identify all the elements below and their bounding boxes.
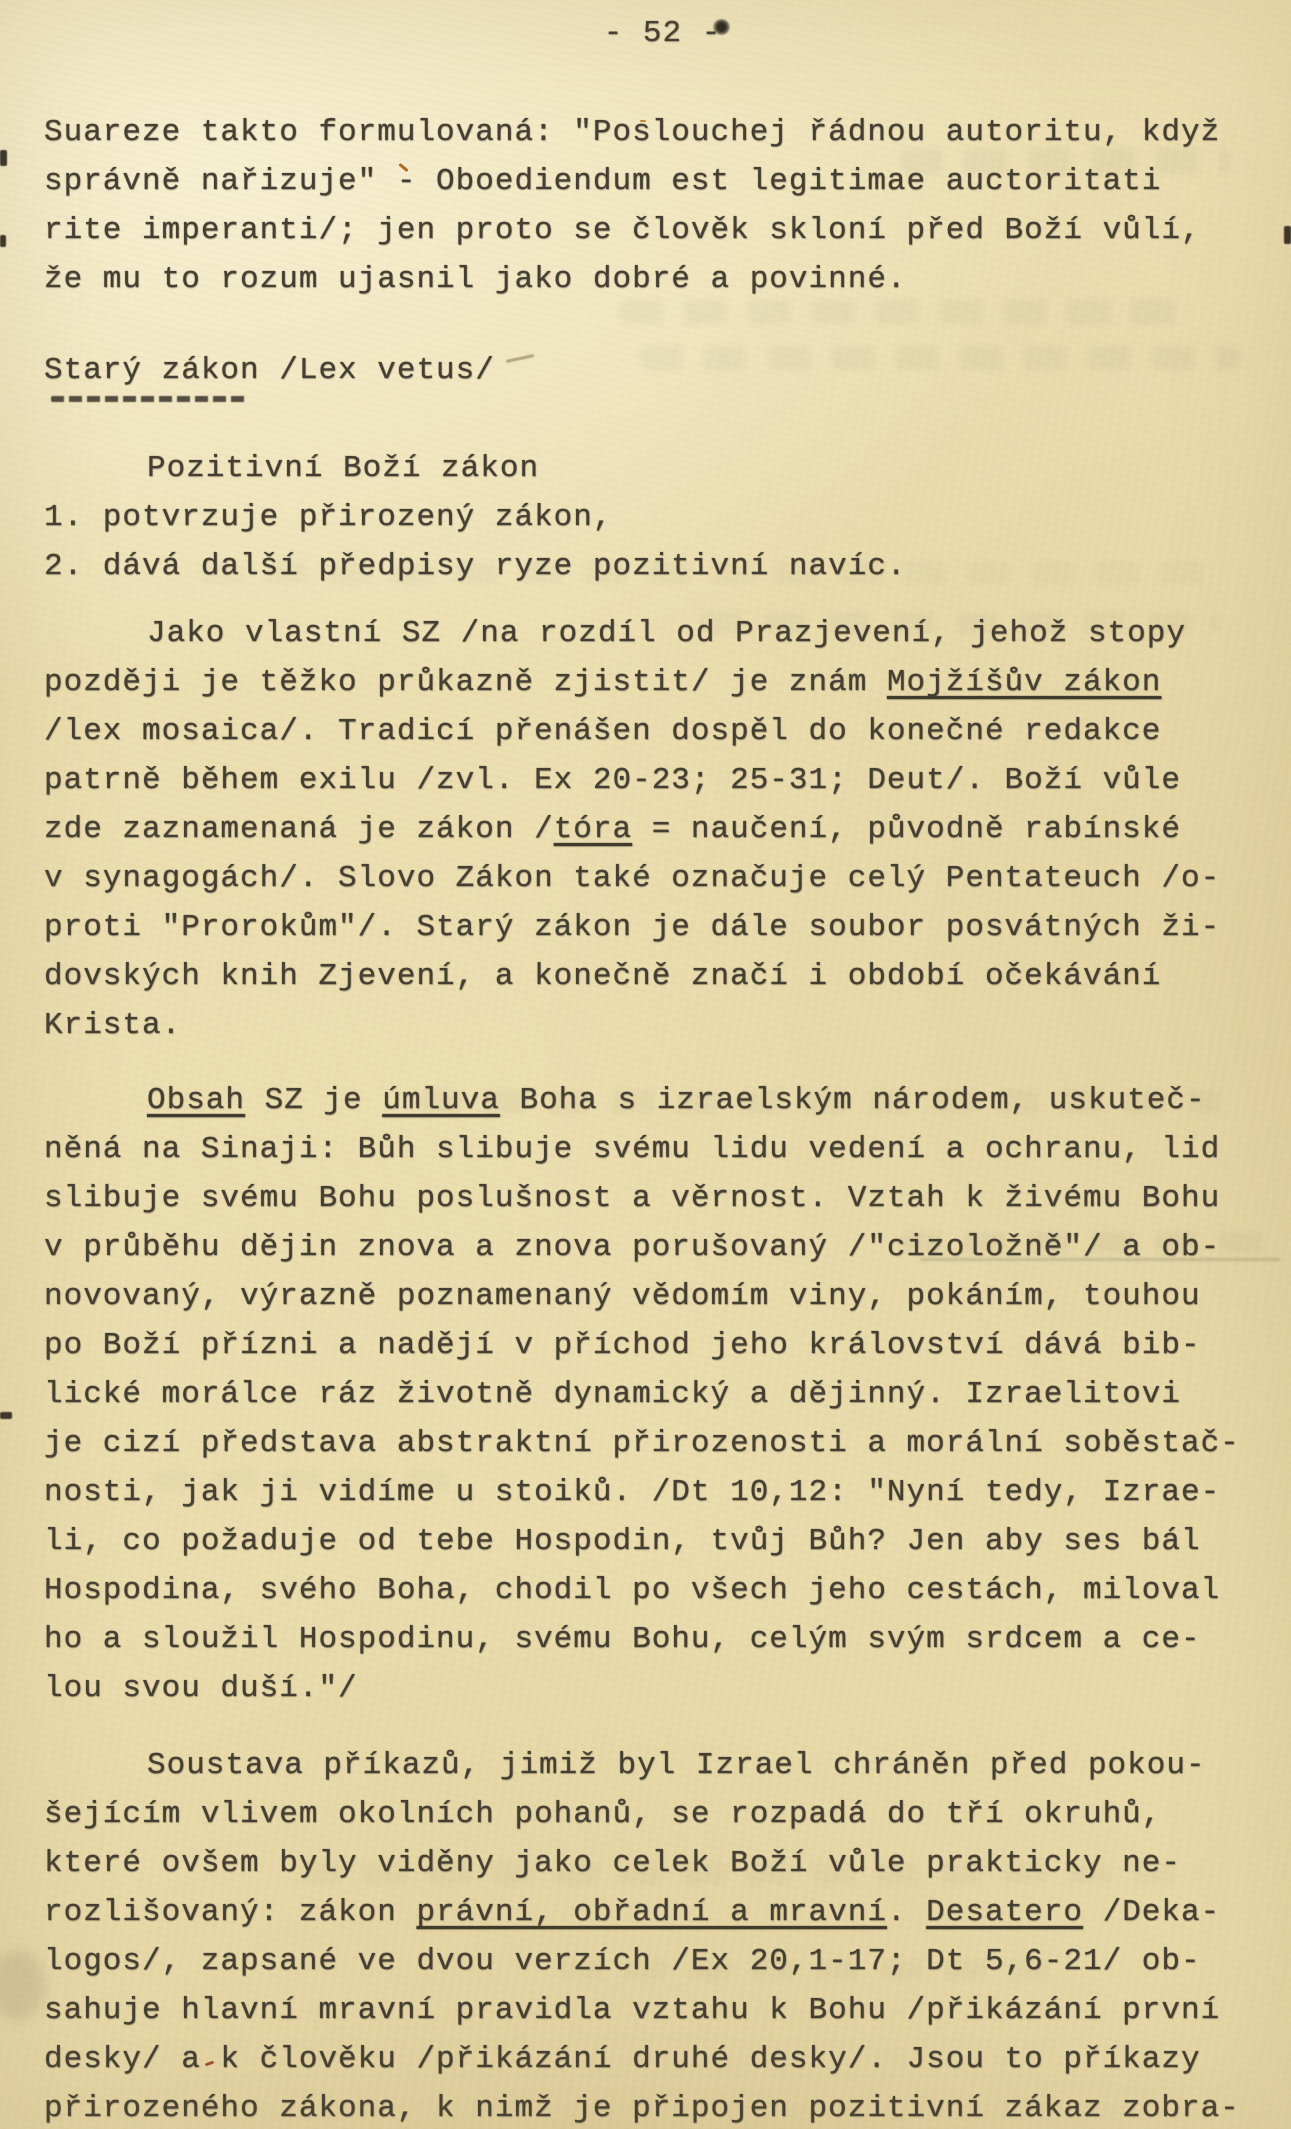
underlined-text: Desatero	[926, 1895, 1083, 1930]
typed-text: SZ je	[245, 1083, 382, 1118]
covenant-paragraph: Obsah SZ je úmluva Boha s izraelským nár…	[44, 1076, 1251, 1713]
typed-text: Suareze takto formulovaná: "Poslouchej ř…	[44, 115, 1220, 150]
typed-text: novovaný, výrazně poznamenaný vědomím vi…	[44, 1279, 1201, 1314]
text-line: v průběhu dějin znova a znova porušovaný…	[44, 1223, 1251, 1272]
text-line: rozlišovaný: zákon právní, obřadní a mra…	[44, 1888, 1251, 1937]
typed-text: 1. potvrzuje přirozený zákon,	[44, 500, 613, 535]
typed-text: v synagogách/. Slovo Zákon také označuje…	[44, 861, 1220, 896]
typed-text: logos/, zapsané ve dvou verzích /Ex 20,1…	[44, 1944, 1201, 1979]
typed-text: Krista.	[44, 1008, 181, 1043]
page-number: - 52 -	[604, 14, 722, 54]
text-line: je cizí představa abstraktní přirozenost…	[44, 1419, 1251, 1468]
typed-text: desky/ a k člověku /přikázání druhé desk…	[44, 2042, 1201, 2077]
heading-underline-dashes	[51, 396, 249, 402]
intro-paragraph: Suareze takto formulovaná: "Poslouchej ř…	[44, 108, 1251, 304]
text-line: desky/ a k člověku /přikázání druhé desk…	[44, 2035, 1251, 2084]
decalogue-paragraph: Soustava příkazů, jimiž byl Izrael chrán…	[44, 1741, 1251, 2129]
typed-text: zde zaznamenaná je zákon /	[44, 812, 554, 847]
text-line: Soustava příkazů, jimiž byl Izrael chrán…	[44, 1741, 1251, 1790]
typed-text: /lex mosaica/. Tradicí přenášen dospěl d…	[44, 714, 1161, 749]
typed-text: něná na Sinaji: Bůh slibuje svému lidu v…	[44, 1132, 1220, 1167]
section-heading-block: Starý zákon /Lex vetus/	[44, 350, 1251, 402]
typed-text: patrně během exilu /zvl. Ex 20-23; 25-31…	[44, 763, 1181, 798]
typed-text: Soustava příkazů, jimiž byl Izrael chrán…	[147, 1748, 1206, 1783]
text-line: správně nařizuje" - Oboediendum est legi…	[44, 157, 1251, 206]
text-line: slibuje svému Bohu poslušnost a věrnost.…	[44, 1174, 1251, 1223]
underlined-text: Mojžíšův zákon	[887, 665, 1161, 700]
typed-text: Pozitivní Boží zákon	[147, 451, 539, 486]
text-line: novovaný, výrazně poznamenaný vědomím vi…	[44, 1272, 1251, 1321]
typed-text: správně nařizuje" - Oboediendum est legi…	[44, 164, 1161, 199]
document-body: Suareze takto formulovaná: "Poslouchej ř…	[44, 108, 1251, 2129]
text-line: později je těžko průkazně zjistit/ je zn…	[44, 658, 1251, 707]
typed-text: ho a sloužil Hospodinu, svému Bohu, celý…	[44, 1622, 1201, 1657]
typed-text: přirozeného zákona, k nimž je připojen p…	[44, 2091, 1240, 2126]
text-line: logos/, zapsané ve dvou verzích /Ex 20,1…	[44, 1937, 1251, 1986]
text-line: 1. potvrzuje přirozený zákon,	[44, 493, 1251, 542]
typed-text: je cizí představa abstraktní přirozenost…	[44, 1426, 1240, 1461]
text-line: Hospodina, svého Boha, chodil po všech j…	[44, 1566, 1251, 1615]
text-line: Obsah SZ je úmluva Boha s izraelským nár…	[44, 1076, 1251, 1125]
text-line: zde zaznamenaná je zákon /tóra = naučení…	[44, 805, 1251, 854]
typed-text: později je těžko průkazně zjistit/ je zn…	[44, 665, 887, 700]
text-line: šejícím vlivem okolních pohanů, se rozpa…	[44, 1790, 1251, 1839]
typed-text: 2. dává další předpisy ryze pozitivní na…	[44, 549, 907, 584]
typed-text: dovských knih Zjevení, a konečně značí i…	[44, 959, 1161, 994]
text-line: rite imperanti/; jen proto se člověk skl…	[44, 206, 1251, 255]
text-line: Krista.	[44, 1001, 1251, 1050]
typed-text: sahuje hlavní mravní pravidla vztahu k B…	[44, 1993, 1220, 2028]
text-line: v synagogách/. Slovo Zákon také označuje…	[44, 854, 1251, 903]
text-line: 2. dává další předpisy ryze pozitivní na…	[44, 542, 1251, 591]
text-line: proti "Prorokům"/. Starý zákon je dále s…	[44, 903, 1251, 952]
section-heading: Starý zákon /Lex vetus/	[44, 350, 1251, 392]
typed-text: .	[887, 1895, 926, 1930]
underlined-text: Obsah	[147, 1083, 245, 1118]
text-line: sahuje hlavní mravní pravidla vztahu k B…	[44, 1986, 1251, 2035]
typed-text: /Deka-	[1083, 1895, 1220, 1930]
typed-text: proti "Prorokům"/. Starý zákon je dále s…	[44, 910, 1220, 945]
text-line: lou svou duší."/	[44, 1664, 1251, 1713]
text-line: Pozitivní Boží zákon	[44, 444, 1251, 493]
text-line: Suareze takto formulovaná: "Poslouchej ř…	[44, 108, 1251, 157]
mosaic-law-paragraph: Jako vlastní SZ /na rozdíl od Prazjevení…	[44, 609, 1251, 1050]
positive-law-list: Pozitivní Boží zákon1. potvrzuje přiroze…	[44, 444, 1251, 591]
typed-text: lou svou duší."/	[44, 1671, 358, 1706]
typed-text: lické morálce ráz životně dynamický a dě…	[44, 1377, 1181, 1412]
text-line: něná na Sinaji: Bůh slibuje svému lidu v…	[44, 1125, 1251, 1174]
typed-text: slibuje svému Bohu poslušnost a věrnost.…	[44, 1181, 1220, 1216]
typed-text: Starý zákon /Lex vetus/	[44, 353, 495, 388]
underlined-text: právní, obřadní a mravní	[416, 1895, 886, 1930]
typed-text: že mu to rozum ujasnil jako dobré a povi…	[44, 262, 907, 297]
text-line: ho a sloužil Hospodinu, svému Bohu, celý…	[44, 1615, 1251, 1664]
typed-text: li, co požaduje od tebe Hospodin, tvůj B…	[44, 1524, 1201, 1559]
text-line: nosti, jak ji vidíme u stoiků. /Dt 10,12…	[44, 1468, 1251, 1517]
text-line: /lex mosaica/. Tradicí přenášen dospěl d…	[44, 707, 1251, 756]
text-line: dovských knih Zjevení, a konečně značí i…	[44, 952, 1251, 1001]
text-line: po Boží přízni a nadějí v příchod jeho k…	[44, 1321, 1251, 1370]
typed-text: šejícím vlivem okolních pohanů, se rozpa…	[44, 1797, 1161, 1832]
typed-text: Boha s izraelským národem, uskuteč-	[500, 1083, 1206, 1118]
text-line: lické morálce ráz životně dynamický a dě…	[44, 1370, 1251, 1419]
underlined-text: tóra	[554, 812, 632, 847]
typed-text: rozlišovaný: zákon	[44, 1895, 416, 1930]
typed-text: Hospodina, svého Boha, chodil po všech j…	[44, 1573, 1220, 1608]
text-line: přirozeného zákona, k nimž je připojen p…	[44, 2084, 1251, 2129]
text-line: že mu to rozum ujasnil jako dobré a povi…	[44, 255, 1251, 304]
typed-text: nosti, jak ji vidíme u stoiků. /Dt 10,12…	[44, 1475, 1220, 1510]
typed-text: Jako vlastní SZ /na rozdíl od Prazjevení…	[147, 616, 1186, 651]
typed-text: = naučení, původně rabínské	[632, 812, 1181, 847]
typed-text: rite imperanti/; jen proto se člověk skl…	[44, 213, 1201, 248]
text-line: Jako vlastní SZ /na rozdíl od Prazjevení…	[44, 609, 1251, 658]
typed-text: v průběhu dějin znova a znova porušovaný…	[44, 1230, 1220, 1265]
typed-text: které ovšem byly viděny jako celek Boží …	[44, 1846, 1181, 1881]
text-line: li, co požaduje od tebe Hospodin, tvůj B…	[44, 1517, 1251, 1566]
text-line: patrně během exilu /zvl. Ex 20-23; 25-31…	[44, 756, 1251, 805]
scanned-page: - 52 - Suareze takto formulovaná: "Poslo…	[0, 0, 1291, 2129]
page-number-row: - 52 -	[74, 14, 1251, 54]
underlined-text: úmluva	[382, 1083, 500, 1118]
typed-text: po Boží přízni a nadějí v příchod jeho k…	[44, 1328, 1201, 1363]
text-line: které ovšem byly viděny jako celek Boží …	[44, 1839, 1251, 1888]
